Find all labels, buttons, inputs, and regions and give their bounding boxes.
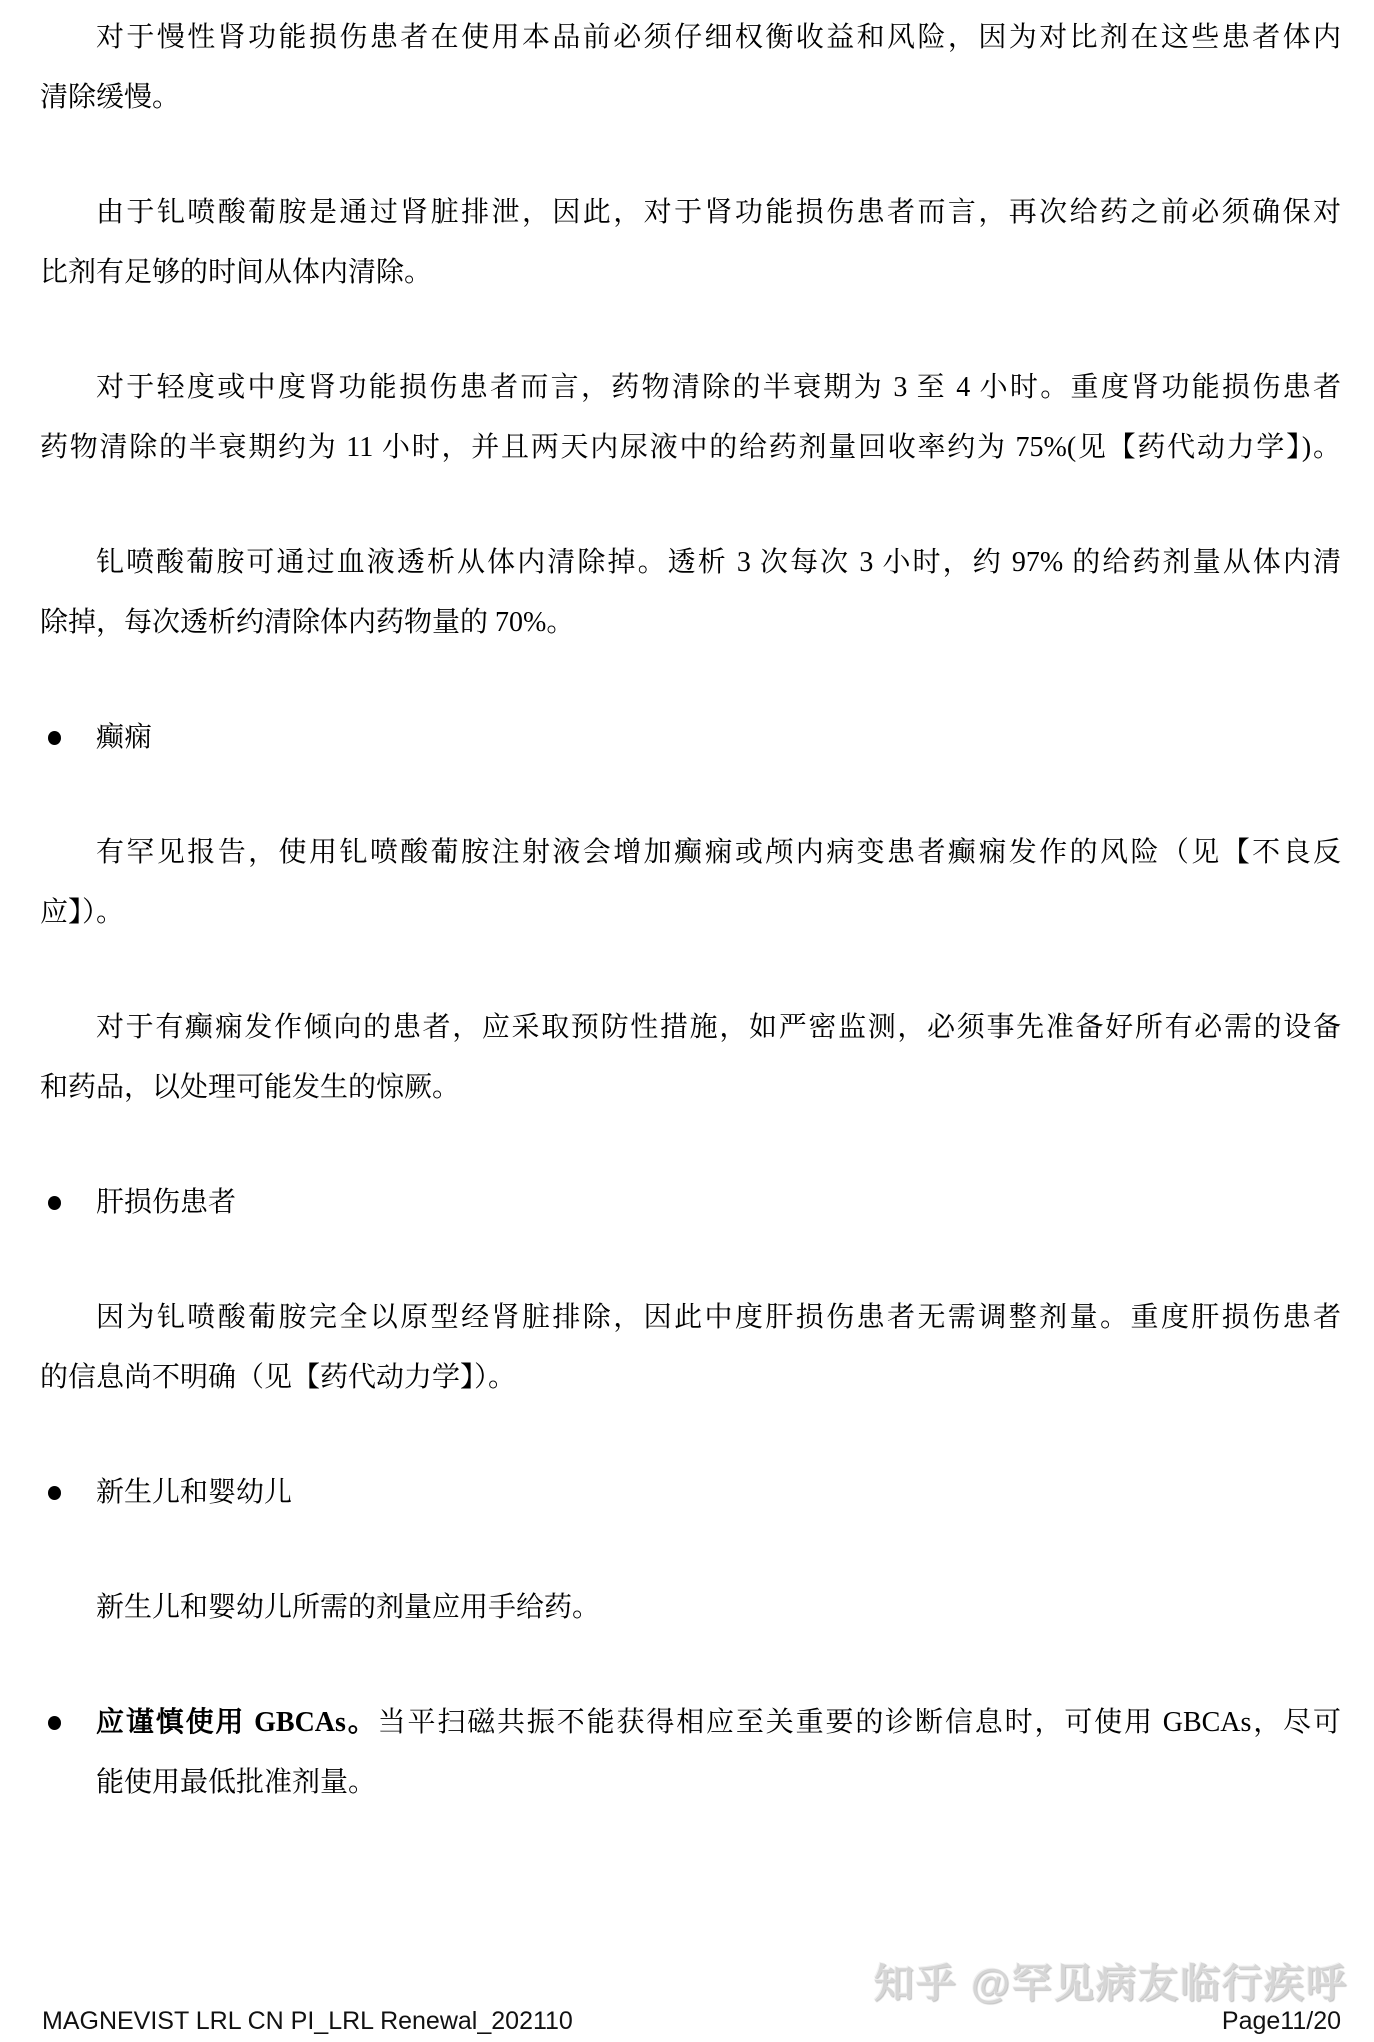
text-line: 钆喷酸葡胺可通过血液透析从体内清除掉。透析 3 次每次 3 小时，约 97% 的… — [40, 533, 1341, 593]
bullet-icon — [48, 1716, 61, 1730]
paragraph: 钆喷酸葡胺可通过血液透析从体内清除掉。透析 3 次每次 3 小时，约 97% 的… — [40, 533, 1341, 653]
text-line: 的信息尚不明确（见【药代动力学】）。 — [40, 1348, 1341, 1408]
bold-lead-text: 应谨慎使用 GBCAs。 — [96, 1707, 378, 1738]
text-line: 新生儿和婴幼儿所需的剂量应用手给药。 — [40, 1578, 1341, 1638]
text-line: 癫痫 — [96, 708, 1341, 768]
text-line: 应】）。 — [40, 883, 1341, 943]
text-line: 对于轻度或中度肾功能损伤患者而言，药物清除的半衰期为 3 至 4 小时。重度肾功… — [40, 358, 1341, 418]
text-line: 比剂有足够的时间从体内清除。 — [40, 243, 1341, 303]
bullet-icon — [48, 1486, 61, 1500]
text-line: 能使用最低批准剂量。 — [96, 1753, 1341, 1813]
paragraph: 由于钆喷酸葡胺是通过肾脏排泄，因此，对于肾功能损伤患者而言，再次给药之前必须确保… — [40, 183, 1341, 303]
paragraph: 对于轻度或中度肾功能损伤患者而言，药物清除的半衰期为 3 至 4 小时。重度肾功… — [40, 358, 1341, 478]
text-line: 和药品，以处理可能发生的惊厥。 — [40, 1058, 1341, 1118]
paragraph: 因为钆喷酸葡胺完全以原型经肾脏排除，因此中度肝损伤患者无需调整剂量。重度肝损伤患… — [40, 1288, 1341, 1408]
footer-document-id: MAGNEVIST LRL CN PI_LRL Renewal_202110 — [42, 2007, 573, 2036]
bullet-icon — [48, 731, 61, 745]
text-line: 药物清除的半衰期约为 11 小时，并且两天内尿液中的给药剂量回收率约为 75%(… — [40, 418, 1341, 478]
text-line: 有罕见报告，使用钆喷酸葡胺注射液会增加癫痫或颅内病变患者癫痫发作的风险（见【不良… — [40, 823, 1341, 883]
bullet-item: 新生儿和婴幼儿 — [40, 1463, 1341, 1523]
text-line: 应谨慎使用 GBCAs。当平扫磁共振不能获得相应至关重要的诊断信息时，可使用 G… — [96, 1693, 1341, 1753]
text-line: 除掉，每次透析约清除体内药物量的 70%。 — [40, 593, 1341, 653]
bullet-item: 癫痫 — [40, 708, 1341, 768]
text-line: 清除缓慢。 — [40, 68, 1341, 128]
text-line: 对于慢性肾功能损伤患者在使用本品前必须仔细权衡收益和风险，因为对比剂在这些患者体… — [40, 8, 1341, 68]
watermark: 知乎 @罕见病友临行疾呼 — [874, 1952, 1348, 2009]
document-content: 对于慢性肾功能损伤患者在使用本品前必须仔细权衡收益和风险，因为对比剂在这些患者体… — [40, 8, 1341, 1868]
text-line: 对于有癫痫发作倾向的患者，应采取预防性措施，如严密监测，必须事先准备好所有必需的… — [40, 998, 1341, 1058]
footer-page-number: Page11/20 — [1222, 2007, 1341, 2036]
bullet-icon — [48, 1196, 61, 1210]
text-line: 肝损伤患者 — [96, 1173, 1341, 1233]
paragraph: 对于慢性肾功能损伤患者在使用本品前必须仔细权衡收益和风险，因为对比剂在这些患者体… — [40, 8, 1341, 128]
text-line: 由于钆喷酸葡胺是通过肾脏排泄，因此，对于肾功能损伤患者而言，再次给药之前必须确保… — [40, 183, 1341, 243]
bullet-item: 应谨慎使用 GBCAs。当平扫磁共振不能获得相应至关重要的诊断信息时，可使用 G… — [40, 1693, 1341, 1813]
paragraph: 有罕见报告，使用钆喷酸葡胺注射液会增加癫痫或颅内病变患者癫痫发作的风险（见【不良… — [40, 823, 1341, 943]
text-line: 新生儿和婴幼儿 — [96, 1463, 1341, 1523]
bullet-item: 肝损伤患者 — [40, 1173, 1341, 1233]
text-line: 因为钆喷酸葡胺完全以原型经肾脏排除，因此中度肝损伤患者无需调整剂量。重度肝损伤患… — [40, 1288, 1341, 1348]
paragraph: 对于有癫痫发作倾向的患者，应采取预防性措施，如严密监测，必须事先准备好所有必需的… — [40, 998, 1341, 1118]
paragraph: 新生儿和婴幼儿所需的剂量应用手给药。 — [40, 1578, 1341, 1638]
footer: MAGNEVIST LRL CN PI_LRL Renewal_202110 P… — [42, 2007, 1341, 2036]
